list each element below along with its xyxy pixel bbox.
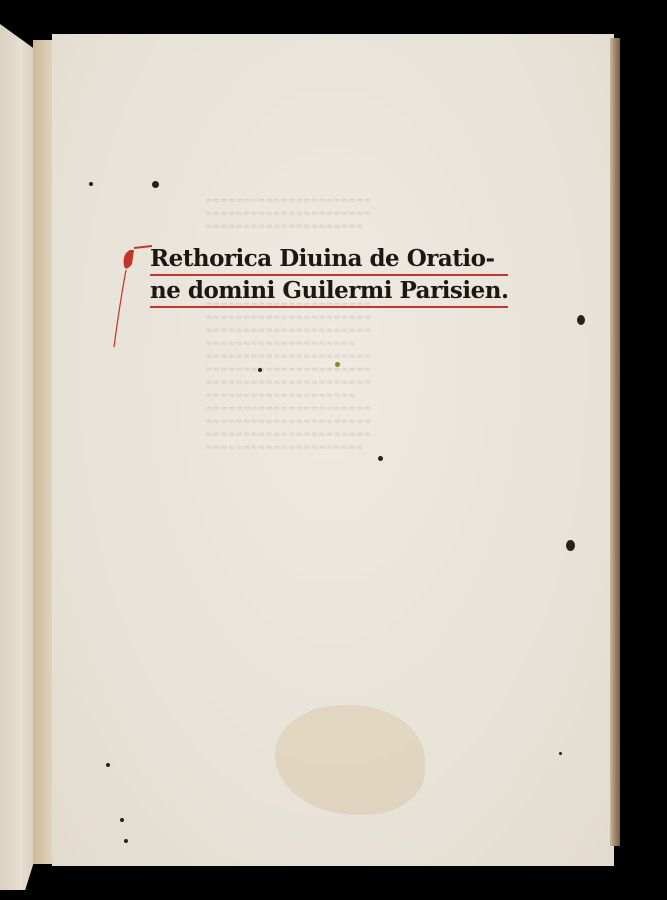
wormhole <box>335 362 340 367</box>
wormhole <box>120 818 124 822</box>
rubricated-paragraph-mark <box>112 242 152 352</box>
wormhole <box>577 315 585 325</box>
wormhole <box>559 752 562 755</box>
wormhole <box>566 540 575 551</box>
wormhole <box>152 181 159 188</box>
wormhole <box>106 763 110 767</box>
wormhole <box>378 456 383 461</box>
show-through-text: ≈≈≈≈≈≈≈≈≈≈≈≈≈≈≈≈≈≈≈≈≈≈≈≈≈≈≈≈≈≈≈≈≈≈≈≈≈≈≈≈… <box>205 195 455 455</box>
page-edges <box>610 38 620 846</box>
wormhole <box>258 368 262 372</box>
book-title: Rethorica Diuina de Oratio- ne domini Gu… <box>150 244 508 308</box>
wormhole <box>124 839 128 843</box>
title-line-2: ne domini Guilermi Parisien. <box>150 276 508 308</box>
left-leaf <box>0 24 36 890</box>
wormhole <box>89 182 93 186</box>
title-line-1: Rethorica Diuina de Oratio- <box>150 244 508 276</box>
